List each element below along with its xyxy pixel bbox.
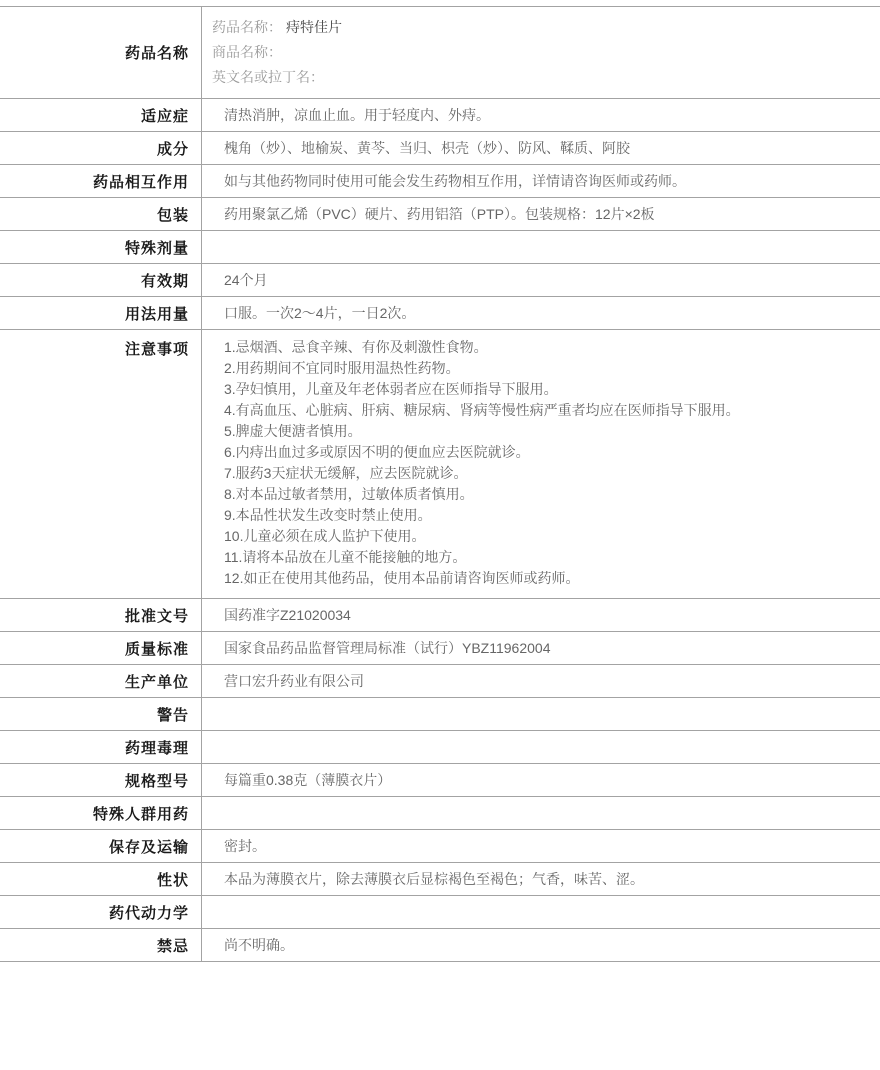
row-drug-interactions: 药品相互作用 如与其他药物同时使用可能会发生药物相互作用，详情请咨询医师或药师。 (0, 165, 880, 198)
field-label: 质量标准 (0, 632, 201, 664)
field-value (201, 731, 880, 763)
field-value (201, 698, 880, 730)
field-label: 成分 (0, 132, 201, 164)
precaution-item: 12.如正在使用其他药品，使用本品前请咨询医师或药师。 (224, 568, 868, 589)
field-value: 清热消肿，凉血止血。用于轻度内、外痔。 (201, 99, 880, 131)
field-value (201, 896, 880, 928)
field-label: 特殊剂量 (0, 231, 201, 263)
trade-name-sub-label: 商品名称： (212, 44, 282, 60)
field-label: 禁忌 (0, 929, 201, 961)
row-storage-transport: 保存及运输 密封。 (0, 830, 880, 863)
row-shelf-life: 有效期 24个月 (0, 264, 880, 297)
field-label: 保存及运输 (0, 830, 201, 862)
field-label: 药代动力学 (0, 896, 201, 928)
field-label: 适应症 (0, 99, 201, 131)
precaution-item: 11.请将本品放在儿童不能接触的地方。 (224, 547, 868, 568)
field-value-precautions: 1.忌烟酒、忌食辛辣、有你及刺激性食物。 2.用药期间不宜同时服用温热性药物。 … (201, 330, 880, 598)
field-value: 密封。 (201, 830, 880, 862)
precaution-item: 2.用药期间不宜同时服用温热性药物。 (224, 358, 868, 379)
field-label-drug-name: 药品名称 (0, 7, 201, 98)
precaution-item: 7.服药3天症状无缓解，应去医院就诊。 (224, 463, 868, 484)
field-value: 每篇重0.38克（薄膜衣片） (201, 764, 880, 796)
field-label: 药品相互作用 (0, 165, 201, 197)
field-label: 特殊人群用药 (0, 797, 201, 829)
field-label: 性状 (0, 863, 201, 895)
drug-name-line: 药品名称：痔特佳片 (212, 15, 868, 40)
field-value: 24个月 (201, 264, 880, 296)
field-label: 包装 (0, 198, 201, 230)
field-label: 有效期 (0, 264, 201, 296)
field-value: 如与其他药物同时使用可能会发生药物相互作用，详情请咨询医师或药师。 (201, 165, 880, 197)
field-value: 国药准字Z21020034 (201, 599, 880, 631)
row-usage-dosage: 用法用量 口服。一次2～4片，一日2次。 (0, 297, 880, 330)
field-label: 注意事项 (0, 330, 201, 598)
field-label: 警告 (0, 698, 201, 730)
row-approval-number: 批准文号 国药准字Z21020034 (0, 599, 880, 632)
row-characteristics: 性状 本品为薄膜衣片，除去薄膜衣后显棕褐色至褐色；气香，味苦、涩。 (0, 863, 880, 896)
field-label: 批准文号 (0, 599, 201, 631)
row-packaging: 包装 药用聚氯乙烯（PVC）硬片、药用铝箔（PTP）。包装规格：12片×2板 (0, 198, 880, 231)
english-name-sub-label: 英文名或拉丁名： (212, 69, 324, 85)
precaution-item: 9.本品性状发生改变时禁止使用。 (224, 505, 868, 526)
field-value: 本品为薄膜衣片，除去薄膜衣后显棕褐色至褐色；气香，味苦、涩。 (201, 863, 880, 895)
row-precautions: 注意事项 1.忌烟酒、忌食辛辣、有你及刺激性食物。 2.用药期间不宜同时服用温热… (0, 330, 880, 599)
row-warning: 警告 (0, 698, 880, 731)
precaution-item: 5.脾虚大便溏者慎用。 (224, 421, 868, 442)
field-value: 尚不明确。 (201, 929, 880, 961)
precaution-item: 8.对本品过敏者禁用，过敏体质者慎用。 (224, 484, 868, 505)
precaution-item: 10.儿童必须在成人监护下使用。 (224, 526, 868, 547)
row-contraindications: 禁忌 尚不明确。 (0, 929, 880, 962)
field-value-drug-name: 药品名称：痔特佳片 商品名称： 英文名或拉丁名： (201, 7, 880, 98)
row-drug-name: 药品名称 药品名称：痔特佳片 商品名称： 英文名或拉丁名： (0, 7, 880, 99)
row-pharmacology-toxicology: 药理毒理 (0, 731, 880, 764)
field-label: 药理毒理 (0, 731, 201, 763)
english-name-line: 英文名或拉丁名： (212, 65, 868, 90)
field-label: 用法用量 (0, 297, 201, 329)
row-special-population: 特殊人群用药 (0, 797, 880, 830)
trade-name-line: 商品名称： (212, 40, 868, 65)
row-specification: 规格型号 每篇重0.38克（薄膜衣片） (0, 764, 880, 797)
precaution-item: 3.孕妇慎用，儿童及年老体弱者应在医师指导下服用。 (224, 379, 868, 400)
row-pharmacokinetics: 药代动力学 (0, 896, 880, 929)
precaution-item: 6.内痔出血过多或原因不明的便血应去医院就诊。 (224, 442, 868, 463)
field-label: 生产单位 (0, 665, 201, 697)
field-value: 国家食品药品监督管理局标准（试行）YBZ11962004 (201, 632, 880, 664)
field-value: 槐角（炒）、地榆炭、黄芩、当归、枳壳（炒）、防风、鞣质、阿胶 (201, 132, 880, 164)
row-special-dosage: 特殊剂量 (0, 231, 880, 264)
drug-name-sub-label: 药品名称： (212, 19, 282, 35)
row-quality-standard: 质量标准 国家食品药品监督管理局标准（试行）YBZ11962004 (0, 632, 880, 665)
row-ingredients: 成分 槐角（炒）、地榆炭、黄芩、当归、枳壳（炒）、防风、鞣质、阿胶 (0, 132, 880, 165)
field-value (201, 797, 880, 829)
field-label: 规格型号 (0, 764, 201, 796)
field-value (201, 231, 880, 263)
field-value: 营口宏升药业有限公司 (201, 665, 880, 697)
row-manufacturer: 生产单位 营口宏升药业有限公司 (0, 665, 880, 698)
precaution-item: 1.忌烟酒、忌食辛辣、有你及刺激性食物。 (224, 337, 868, 358)
drug-info-table: 药品名称 药品名称：痔特佳片 商品名称： 英文名或拉丁名： 适应症 清热消肿，凉… (0, 6, 880, 962)
field-value: 药用聚氯乙烯（PVC）硬片、药用铝箔（PTP）。包装规格：12片×2板 (201, 198, 880, 230)
field-value: 口服。一次2～4片，一日2次。 (201, 297, 880, 329)
drug-name-sub-value: 痔特佳片 (286, 19, 342, 35)
row-indications: 适应症 清热消肿，凉血止血。用于轻度内、外痔。 (0, 99, 880, 132)
precaution-item: 4.有高血压、心脏病、肝病、糖尿病、肾病等慢性病严重者均应在医师指导下服用。 (224, 400, 868, 421)
